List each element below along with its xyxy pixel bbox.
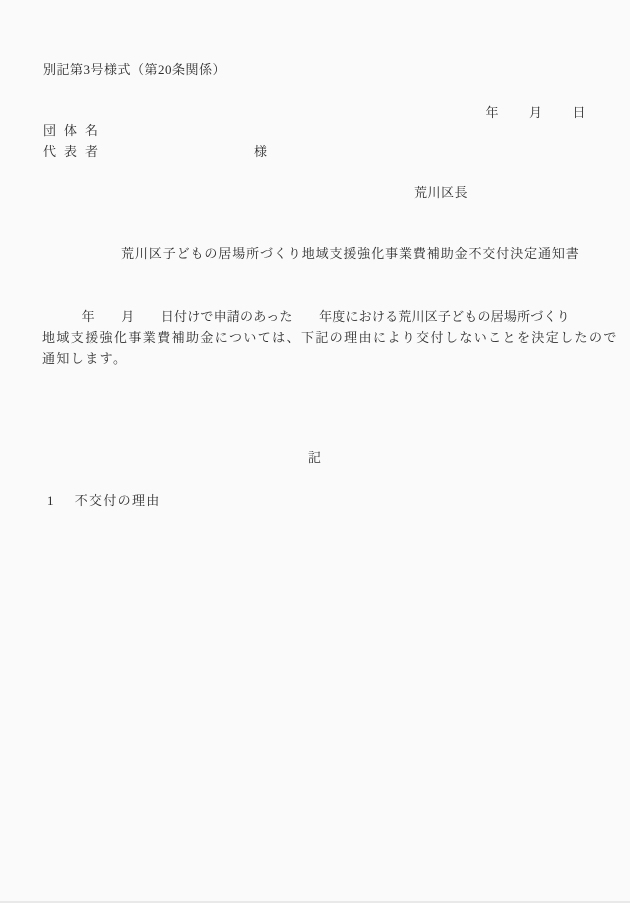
list-item-label: 不交付の理由 [75,492,161,510]
recipient-representative-label: 代表者 [43,143,106,161]
recipient-organization-label: 団体名 [43,122,106,140]
record-marker: 記 [0,449,630,467]
sender-name: 荒川区長 [414,184,468,202]
list-item-1: 1 不交付の理由 [47,492,161,510]
document-page: 別記第3号様式（第20条関係） 年 月 日 団体名 代表者 様 荒川区長 荒川区… [0,0,630,903]
body-line: 通知します。 [42,350,127,368]
body-line: 地域支援強化事業費補助金については、下記の理由により交付しないことを決定したので [42,329,618,347]
list-item-number: 1 [47,492,54,510]
recipient-honorific: 様 [254,143,267,161]
body-line: 年 月 日付けで申請のあった 年度における荒川区子どもの居場所づくり [42,308,570,326]
date-line: 年 月 日 [485,104,587,122]
form-number: 別記第3号様式（第20条関係） [43,61,226,79]
document-title: 荒川区子どもの居場所づくり地域支援強化事業費補助金不交付決定通知書 [121,245,580,263]
